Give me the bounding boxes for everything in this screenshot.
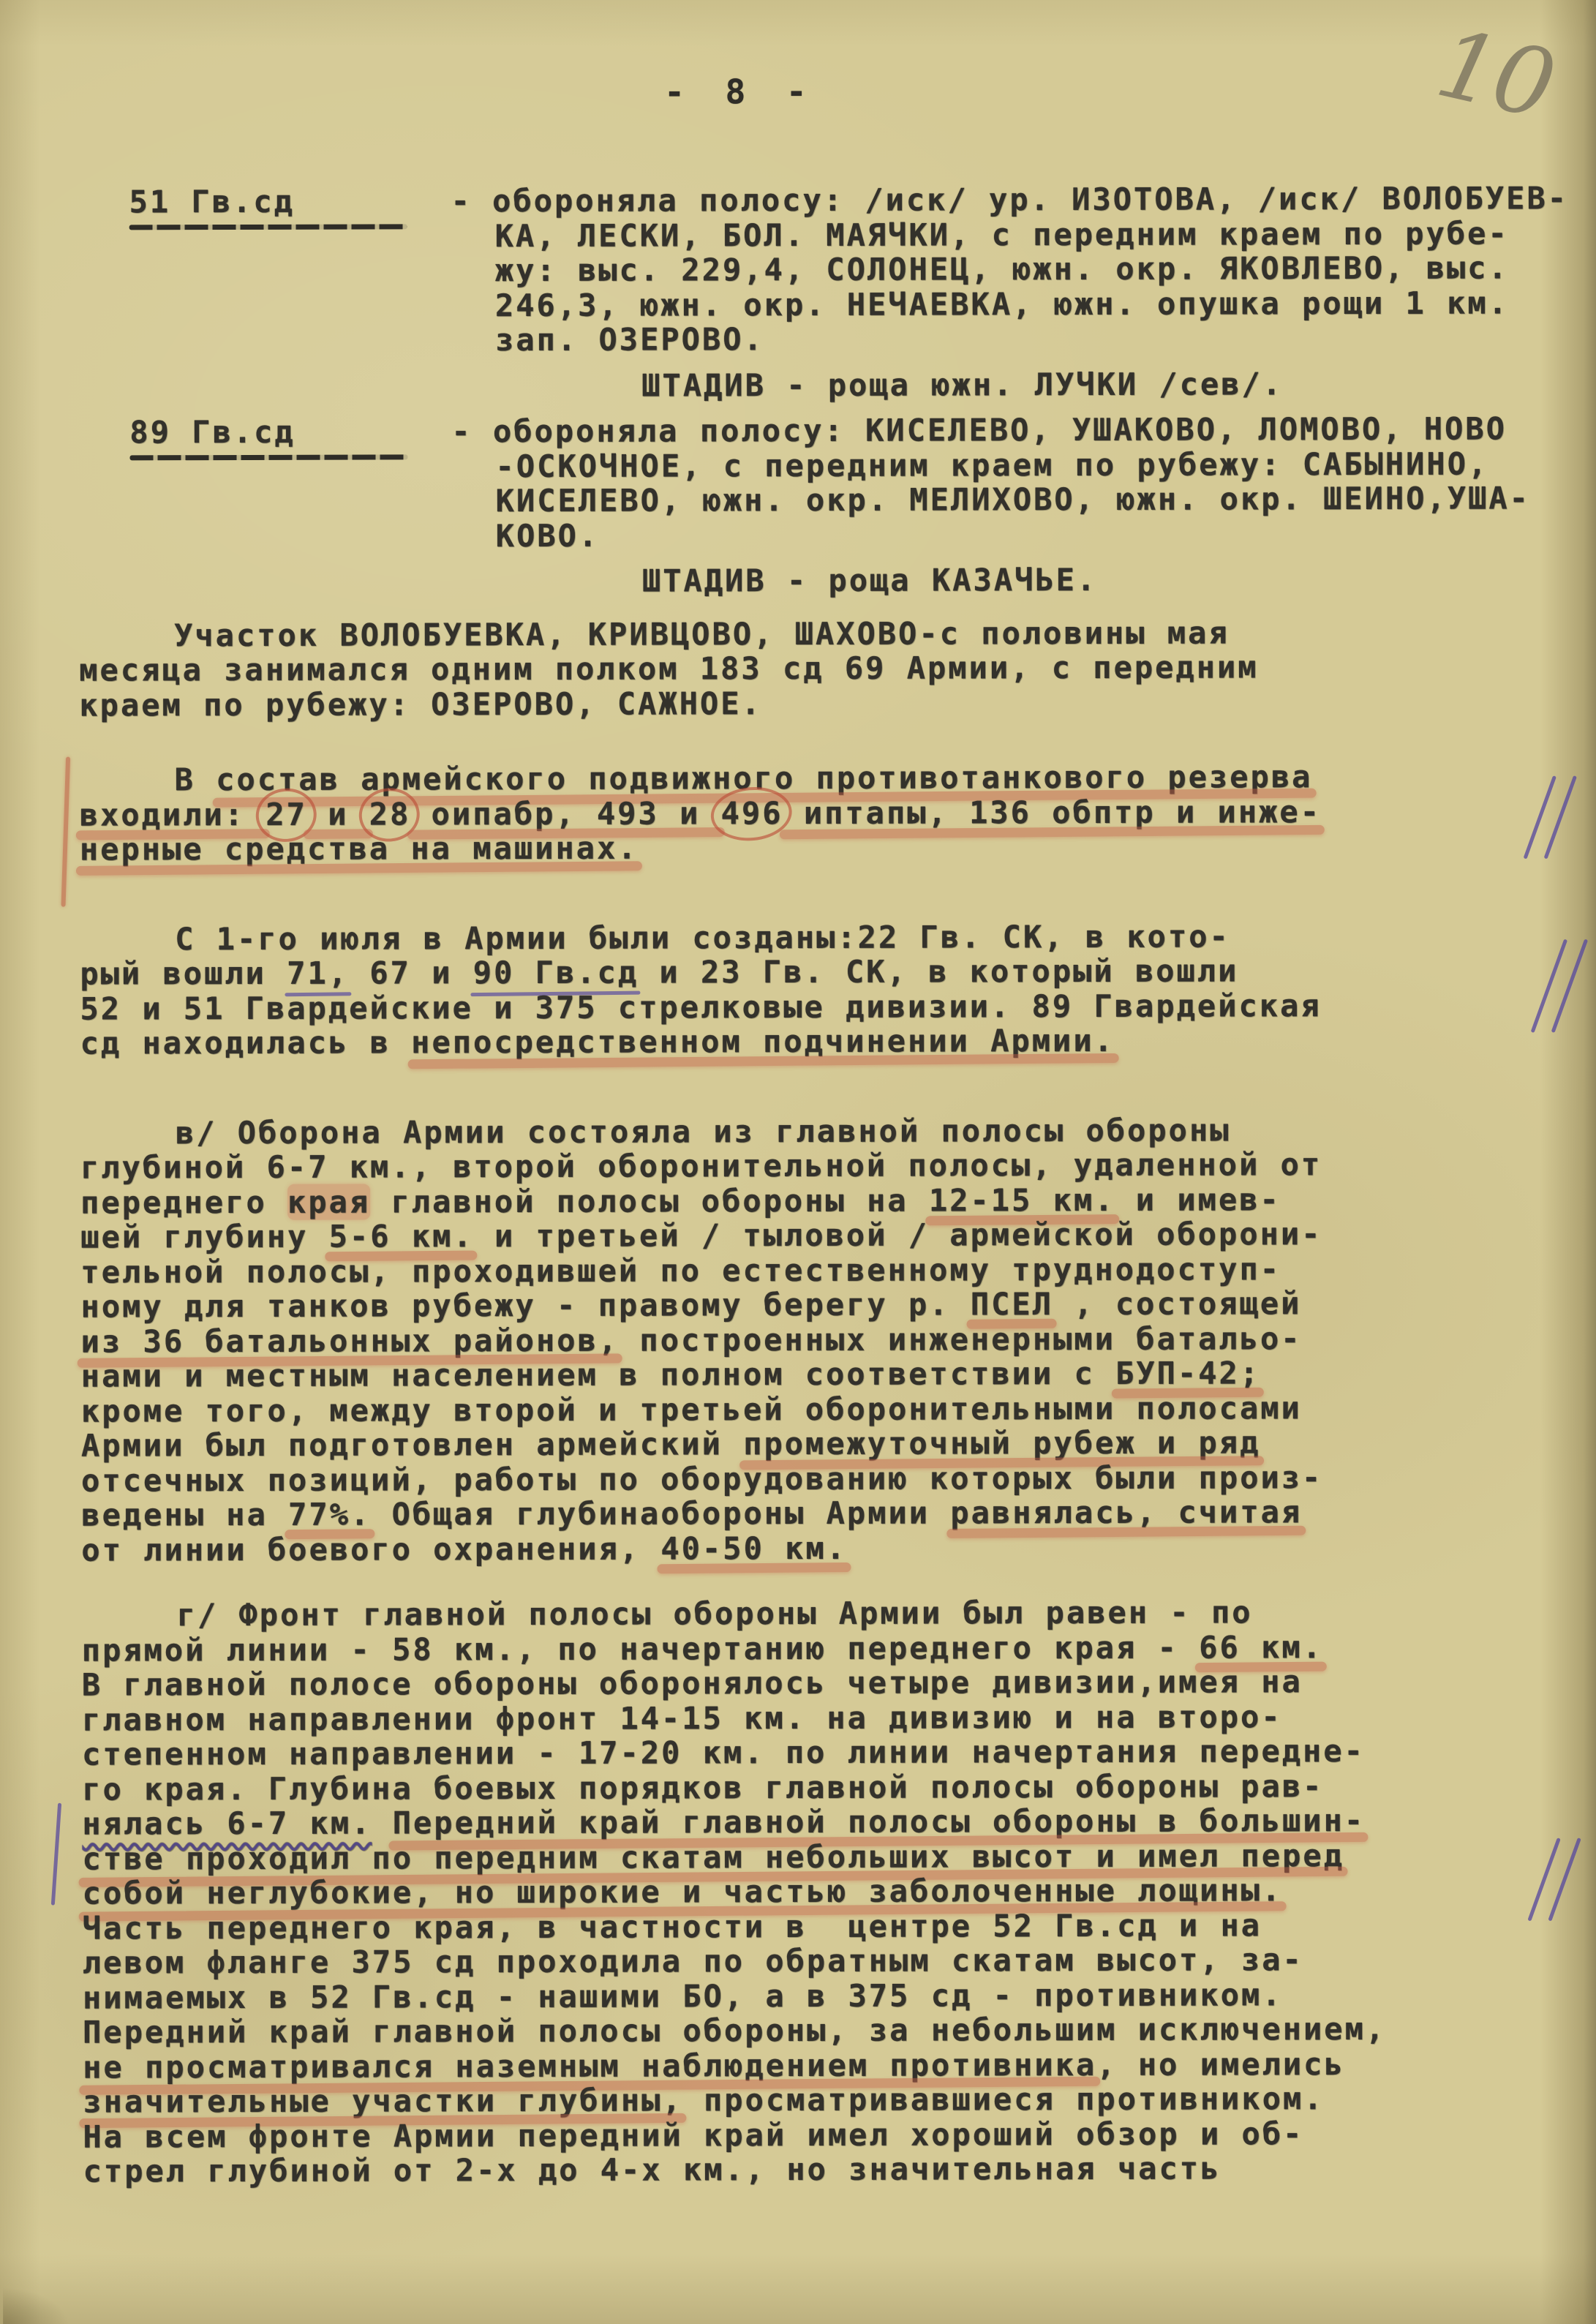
text-line: из 36 батальонных районов, построенных и… [81,1320,1567,1359]
paragraph-antitank-reserve: В состав армейского подвижного противота… [80,759,1566,867]
text-segment: входили: [80,796,266,832]
text-segment: На всем фронте Армии передний край имел … [83,2116,1303,2154]
document-body: 51 Гв.сд- обороняла полосу: /иск/ ур. ИЗ… [78,181,1569,2189]
text-segment: просматривавшиеся противником. [683,2080,1325,2118]
text-line: переднего края главной полосы обороны на… [80,1181,1567,1220]
text-segment: тельной полосы, проходившей по естествен… [80,1251,1281,1290]
text-segment: нерные средства на машинах. [80,830,639,868]
text-line: прямой линии - 58 км., по начертанию пер… [82,1629,1568,1668]
text-line: от линии боевого охранения, 40-50 км. [81,1529,1567,1568]
text-segment: Передний край главной полосы обороны в б… [393,1802,1366,1840]
text-segment: главном направлении фронт 14-15 км. на д… [82,1699,1282,1737]
text-segment: БУП-42; [1115,1355,1260,1391]
text-segment: кроме того, между второй и третьей оборо… [81,1390,1302,1429]
page-number: - 8 - [664,72,817,112]
text-line: степенном направлении - 17-20 км. по лин… [82,1733,1568,1772]
text-segment: КОВО. [496,517,600,553]
text-line: глубиной 6-7 км., второй оборонительной … [80,1146,1567,1185]
unit-label: 51 Гв.сд [129,184,451,219]
page-content-layer: - 8 - 10 51 Гв.сд- обороняла полосу: /ис… [0,0,1596,2324]
text-segment: го края. Глубина боевых порядков главной… [82,1768,1323,1807]
text-line: тельной полосы, проходившей по естествен… [80,1251,1567,1290]
text-segment: ШТАДИВ - роща КАЗАЧЬЕ. [642,562,1097,599]
text-line: главном направлении фронт 14-15 км. на д… [82,1699,1568,1737]
text-segment: ПСЕЛ [971,1286,1053,1322]
text-line: Участок ВОЛОБУЕВКА, КРИВЦОВО, ШАХОВО-с п… [79,614,1565,653]
text-line: На всем фронте Армии передний край имел … [83,2116,1569,2154]
handwritten-page-index: 10 [1427,9,1562,140]
text-segment: - обороняла полосу: КИСЕЛЕВО, УШАКОВО, Л… [451,410,1507,449]
text-line: в/ Оборона Армии состояла из главной пол… [80,1112,1567,1151]
text-segment: месяца занимался одним полком 183 сд 69 … [79,649,1258,688]
text-segment: сд находилась в [80,1024,412,1061]
text-segment: Общая глубинаобороны Армии [371,1494,950,1532]
text-line: КИСЕЛЕВО, южн. окр. МЕЛИХОВО, южн. окр. … [496,481,1565,518]
text-line: г/ Фронт главной полосы обороны Армии бы… [82,1594,1568,1633]
text-segment: равнялась, считая [950,1494,1302,1530]
text-segment: жу: выс. 229,4, СОЛОНЕЦ, южн. окр. ЯКОВЛ… [495,249,1509,288]
text-segment: ведены на [81,1497,288,1533]
text-line: 51 Гв.сд- обороняла полосу: /иск/ ур. ИЗ… [129,181,1564,219]
text-segment: нимаемых в 52 Гв.сд - нашими БО, а в 375… [83,1977,1283,2015]
text-segment: от линии боевого охранения, [81,1530,660,1568]
text-line: ШТАДИВ - роща КАЗАЧЬЕ. [642,561,1565,598]
text-segment: оипабр, 493 и [410,795,720,832]
text-line: ведены на 77%. Общая глубинаобороны Арми… [81,1494,1567,1533]
text-segment: переднего [80,1184,287,1220]
text-segment [372,1805,392,1840]
text-line: В главной полосе обороны оборонялось чет… [82,1663,1568,1702]
text-line: Часть переднего края, в частности в цент… [83,1907,1569,1946]
text-line: краем по рубежу: ОЗЕРОВО, САЖНОЕ. [79,684,1565,723]
text-segment: иптапы, 136 обптр и инже- [783,794,1321,831]
text-line: 52 и 51 Гвардейские и 375 стрелковые див… [80,988,1566,1026]
text-segment: Часть переднего края, в частности в цент… [83,1907,1262,1946]
text-segment: шей глубину [80,1219,329,1255]
text-line: го края. Глубина боевых порядков главной… [82,1768,1568,1807]
text-segment: КИСЕЛЕВО, южн. окр. МЕЛИХОВО, южн. окр. … [496,480,1530,519]
paragraph-183sd-sector: Участок ВОЛОБУЕВКА, КРИВЦОВО, ШАХОВО-с п… [79,614,1565,723]
text-segment: КА, ЛЕСКИ, БОЛ. МАЯЧКИ, с передним краем… [495,215,1509,254]
text-segment: промежуточный рубеж и ряд [743,1424,1260,1462]
text-segment: Армии был подготовлен армейский [81,1426,743,1463]
text-line: нами и местным населением в полном соотв… [81,1355,1567,1394]
text-segment: и имев- [1115,1181,1280,1218]
text-line: -ОСКОЧНОЕ, с передним краем по рубежу: С… [495,446,1565,484]
text-segment: непосредственном подчинении Армии. [411,1023,1115,1061]
text-segment: в/ Оборона Армии состояла из главной пол… [176,1112,1231,1151]
paragraph-v-defense-structure: в/ Оборона Армии состояла из главной пол… [80,1112,1568,1568]
text-segment: и третьей / тыловой / армейской оборони- [474,1216,1322,1254]
text-segment: не просматривался наземным наблюдением п… [83,2046,1096,2085]
text-line: стве проходил по передним скатам небольш… [82,1838,1568,1876]
paragraph-corps-formation: С 1-го июля в Армии были созданы:22 Гв. … [80,918,1566,1061]
text-segment: значительные участки глубины, [83,2082,682,2119]
text-line: КА, ЛЕСКИ, БОЛ. МАЯЧКИ, с передним краем… [495,216,1565,253]
text-segment: 5-6 км. [329,1218,474,1255]
text-segment: прямой линии - 58 км., по начертанию пер… [82,1629,1200,1668]
text-line: нимаемых в 52 Гв.сд - нашими БО, а в 375… [83,1977,1569,2015]
text-line: сд находилась в непосредственном подчине… [80,1022,1567,1061]
scanned-document-page: - 8 - 10 51 Гв.сд- обороняла полосу: /ис… [0,0,1596,2324]
text-segment: 27 [266,796,307,832]
paragraph-g-front-width: г/ Фронт главной полосы обороны Армии бы… [82,1594,1570,2189]
text-line: отсечных позиций, работы по оборудованию… [81,1459,1567,1498]
text-line: нялась 6-7 км. Передний край главной пол… [82,1802,1568,1841]
text-segment: 77%. [288,1497,371,1533]
text-segment: левом фланге 375 сд проходила по обратны… [83,1941,1303,1980]
text-segment: 40-50 км. [660,1530,847,1566]
text-line: шей глубину 5-6 км. и третьей / тыловой … [80,1216,1567,1255]
text-line: не просматривался наземным наблюдением п… [83,2046,1569,2085]
text-segment: рый вошли [80,955,287,992]
text-line: стрел глубиной от 2-х до 4-х км., но зна… [83,2150,1570,2189]
text-segment: В главной полосе обороны оборонялось чет… [82,1663,1303,1702]
paragraph-89gv-sd-sector: 89 Гв.сд- обороняла полосу: КИСЕЛЕВО, УШ… [78,411,1565,600]
text-segment: стве проходил по передним скатам небольш… [82,1838,1344,1877]
text-line: входили: 27 и 28 оипабр, 493 и 496 иптап… [80,794,1566,832]
text-segment: и 23 Гв. СК, в который вошли [639,952,1238,990]
text-line: рый вошли 71, 67 и 90 Гв.сд и 23 Гв. СК,… [80,952,1566,991]
text-line: КОВО. [496,516,1565,553]
text-segment: построенных инженерными батальо- [619,1320,1302,1358]
text-line: С 1-го июля в Армии были созданы:22 Гв. … [80,918,1566,957]
text-line: кроме того, между второй и третьей оборо… [81,1390,1567,1429]
text-line: месяца занимался одним полком 183 сд 69 … [79,649,1565,688]
text-segment: из 36 батальонных районов, [81,1322,620,1359]
text-segment: 52 и 51 Гвардейские и 375 стрелковые див… [80,988,1321,1026]
text-segment: , но имелись [1096,2046,1345,2083]
text-segment: края [287,1184,370,1219]
text-segment: , состоящей [1053,1285,1302,1322]
text-segment: - обороняла полосу: /иск/ ур. ИЗОТОВА, /… [451,180,1568,219]
text-segment: г/ Фронт главной полосы обороны Армии бы… [177,1594,1253,1633]
text-segment: нялась 6-7 км. [82,1805,372,1842]
text-line: 246,3, южн. окр. НЕЧАЕВКА, южн. опушка р… [495,285,1565,323]
text-segment: глубиной 6-7 км., второй оборонительной … [80,1146,1322,1185]
text-segment: главной полосы обороны на [370,1182,929,1219]
text-segment: -ОСКОЧНОЕ, с передним краем по рубежу: С… [495,445,1488,484]
red-margin-line [61,757,71,907]
text-segment: ШТАДИВ - роща южн. ЛУЧКИ /сев/. [641,366,1283,403]
text-line: Передний край главной полосы обороны, за… [83,2011,1569,2050]
text-line: жу: выс. 229,4, СОЛОНЕЦ, южн. окр. ЯКОВЛ… [495,250,1565,287]
paragraph-51gv-sd-sector: 51 Гв.сд- обороняла полосу: /иск/ ур. ИЗ… [78,181,1565,404]
text-segment: Передний край главной полосы обороны, за… [83,2011,1386,2050]
text-line: ному для танков рубежу - правому берегу … [80,1285,1567,1324]
text-segment: Участок ВОЛОБУЕВКА, КРИВЦОВО, ШАХОВО-с п… [174,614,1230,653]
scan-edge-shadow [3,2260,120,2324]
text-segment: 246,3, южн. окр. НЕЧАЕВКА, южн. опушка р… [495,285,1509,323]
unit-label: 89 Гв.сд [129,414,451,450]
text-line: собой неглубокие, но широкие и частью за… [83,1872,1569,1911]
text-segment: 496 [721,795,783,831]
text-segment: 28 [369,796,411,832]
text-line: значительные участки глубины, просматрив… [83,2080,1569,2119]
text-line: 89 Гв.сд- обороняла полосу: КИСЕЛЕВО, УШ… [129,411,1565,450]
text-segment: нами и местным населением в полном соотв… [81,1355,1115,1394]
text-segment: отсечных позиций, работы по оборудованию… [81,1459,1322,1498]
text-segment: стрел глубиной от 2-х до 4-х км., но зна… [83,2150,1222,2189]
text-line: зап. ОЗЕРОВО. [495,320,1565,357]
text-segment: ному для танков рубежу - правому берегу … [80,1286,970,1324]
violet-margin-stroke [51,1803,61,1906]
text-segment: 67 и [349,955,473,990]
text-segment: В [175,761,217,797]
text-segment: краем по рубежу: ОЗЕРОВО, САЖНОЕ. [79,685,762,723]
text-segment: С 1-го июля в Армии были созданы:22 Гв. … [175,918,1230,957]
text-segment: 71, [287,955,349,991]
text-segment: собой неглубокие, но широкие и частью за… [83,1872,1283,1911]
text-segment: 90 Гв.сд [473,955,639,991]
text-segment: 12-15 км. [929,1181,1115,1218]
text-segment: зап. ОЗЕРОВО. [495,321,764,358]
text-segment: степенном направлении - 17-20 км. по лин… [82,1733,1365,1772]
text-line: Армии был подготовлен армейский промежут… [81,1424,1567,1463]
text-line: нерные средства на машинах. [80,828,1566,867]
text-line: левом фланге 375 сд проходила по обратны… [83,1941,1569,1980]
text-segment: 66 км. [1199,1629,1323,1665]
text-line: ШТАДИВ - роща южн. ЛУЧКИ /сев/. [641,366,1565,403]
